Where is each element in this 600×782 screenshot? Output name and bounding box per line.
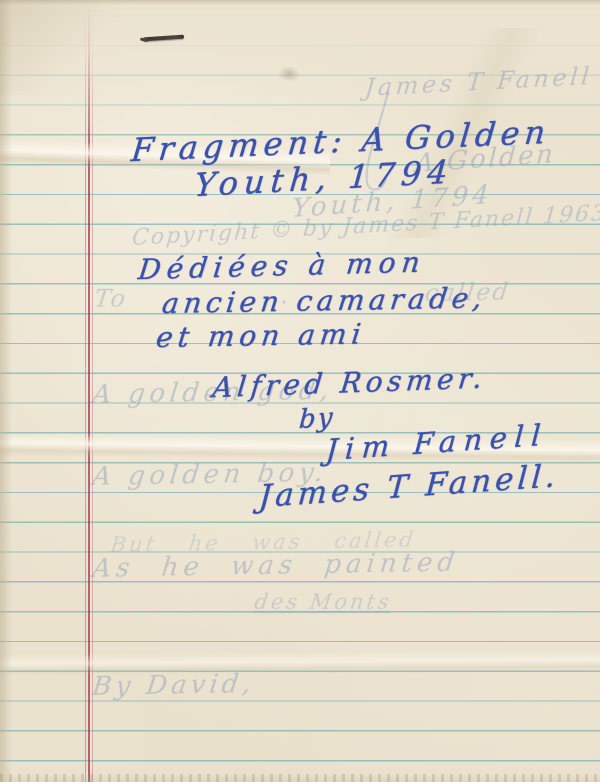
margin-line-outer-left	[85, 0, 86, 782]
dedication-line-3: et mon ami	[155, 320, 368, 352]
page-edge-top	[0, 0, 600, 5]
ghost-painted-line: As he was painted	[91, 550, 461, 582]
dedication-line-2: ancien camarade,	[161, 284, 488, 318]
notebook-page: James T Fanell A Golden Youth, 1794 Copy…	[0, 0, 600, 782]
byline-by: by	[298, 405, 335, 434]
margin-line-red	[88, 0, 90, 782]
ghost-underlined-note: des Monts	[253, 592, 393, 613]
ghost-by-david-line: By David,	[91, 671, 257, 700]
dedication-line-1: Dédiées à mon	[137, 248, 427, 284]
